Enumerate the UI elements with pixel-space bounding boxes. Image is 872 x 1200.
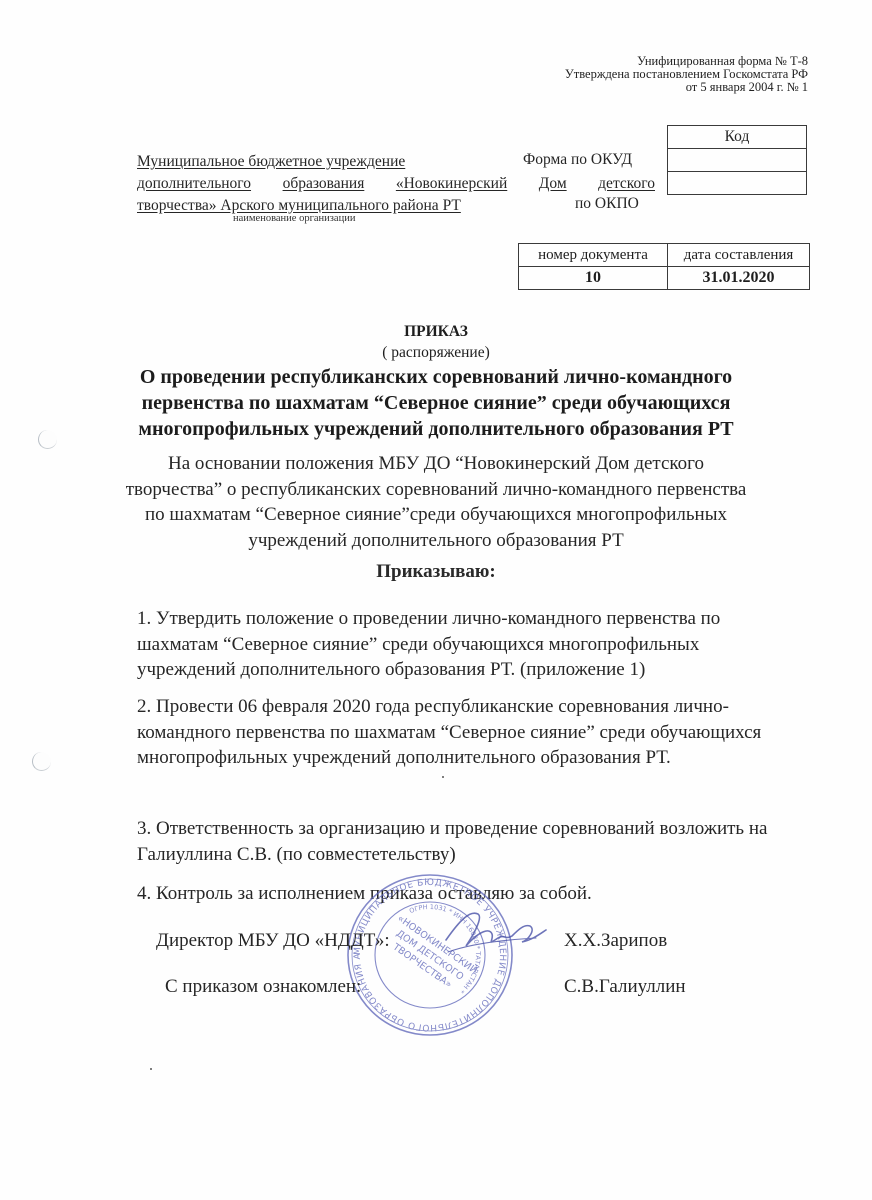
director-name: Х.Х.Зарипов: [564, 930, 667, 952]
org-word: «Новокинерский: [396, 173, 507, 195]
doc-number-value: 10: [519, 267, 668, 290]
basis-line: На основании положения МБУ ДО “Новокинер…: [0, 451, 872, 477]
scan-speck: [150, 1068, 152, 1070]
item-line: 2. Провести 06 февраля 2020 года республ…: [137, 694, 761, 720]
basis-paragraph: На основании положения МБУ ДО “Новокинер…: [0, 451, 872, 553]
form-header: Унифицированная форма № Т-8 Утверждена п…: [565, 55, 808, 94]
basis-line: учреждений дополнительного образования Р…: [0, 528, 872, 554]
organization-line-1: Муниципальное бюджетное учреждение: [137, 151, 405, 173]
subject-line: О проведении республиканских соревновани…: [0, 364, 872, 390]
order-item-1: 1. Утвердить положение о проведении личн…: [137, 606, 720, 683]
order-subtitle: ( распоряжение): [0, 344, 872, 362]
okpo-label: по ОКПО: [575, 195, 639, 213]
scan-speck: [442, 776, 444, 778]
basis-line: творчества” о республиканских соревнован…: [0, 477, 872, 503]
order-title: ПРИКАЗ: [0, 323, 872, 341]
okpo-code-cell: [668, 172, 807, 195]
code-table: Код: [667, 125, 807, 195]
doc-date-value: 31.01.2020: [668, 267, 810, 290]
punch-hole-mark: [32, 752, 51, 771]
subject-line: первенства по шахматам “Северное сияние”…: [0, 390, 872, 416]
order-item-3: 3. Ответственность за организацию и пров…: [137, 816, 767, 867]
order-item-2: 2. Провести 06 февраля 2020 года республ…: [137, 694, 761, 771]
item-line: многопрофильных учреждений дополнительно…: [137, 745, 761, 771]
basis-line: по шахматам “Северное сияние”среди обуча…: [0, 502, 872, 528]
item-line: 1. Утвердить положение о проведении личн…: [137, 606, 720, 632]
doc-number-header: номер документа: [519, 244, 668, 267]
scanned-document-page: Унифицированная форма № Т-8 Утверждена п…: [0, 0, 872, 1200]
doc-date-header: дата составления: [668, 244, 810, 267]
okud-code-cell: [668, 149, 807, 172]
item-line: 3. Ответственность за организацию и пров…: [137, 816, 767, 842]
director-label: Директор МБУ ДО «НДДТ»:: [156, 930, 390, 952]
acknowledged-name: С.В.Галиуллин: [564, 976, 686, 998]
okud-label: Форма по ОКУД: [523, 151, 632, 169]
form-header-line: от 5 января 2004 г. № 1: [565, 81, 808, 94]
org-word: дополнительного: [137, 173, 251, 195]
item-line: учреждений дополнительного образования Р…: [137, 657, 720, 683]
acknowledged-label: С приказом ознакомлен:: [165, 976, 361, 998]
org-word: Дом: [539, 173, 567, 195]
organization-line-2: дополнительного образования «Новокинерск…: [137, 173, 655, 195]
org-word: образования: [283, 173, 365, 195]
code-table-header: Код: [668, 126, 807, 149]
director-signature: [440, 900, 550, 970]
item-line: командного первенства по шахматам “Север…: [137, 720, 761, 746]
item-line: шахматам “Северное сияние” среди обучающ…: [137, 632, 720, 658]
subject-line: многопрофильных учреждений дополнительно…: [0, 416, 872, 442]
org-word: детского: [598, 173, 655, 195]
item-line: Галиуллина С.В. (по совместетельству): [137, 842, 767, 868]
document-number-table: номер документа дата составления 10 31.0…: [518, 243, 810, 290]
organization-caption: наименование организации: [233, 213, 355, 224]
order-subject: О проведении республиканских соревновани…: [0, 364, 872, 442]
order-word: Приказываю:: [0, 561, 872, 583]
